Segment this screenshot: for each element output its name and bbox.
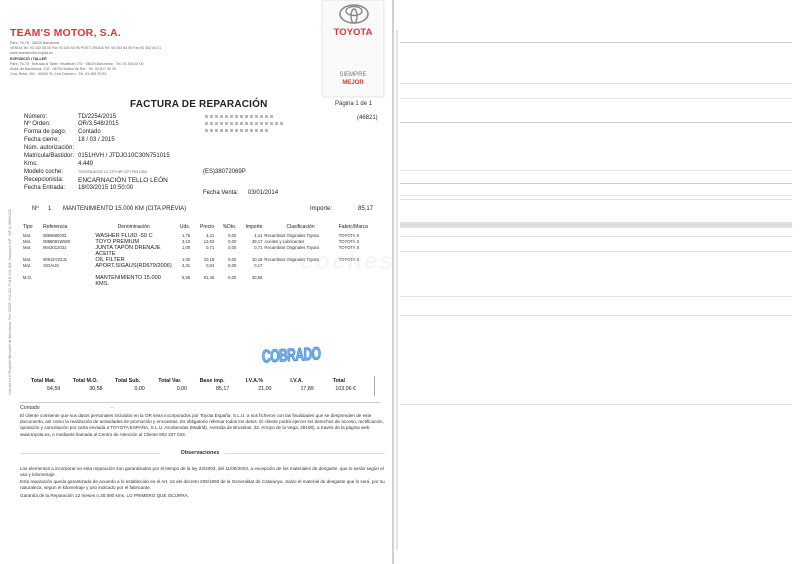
privacy-notice: El cliente consiente que sus datos perso…	[20, 413, 390, 438]
cell-tipo: M.O.	[22, 275, 42, 287]
scan-line	[400, 83, 792, 84]
total-label: Total Mat.	[22, 378, 64, 384]
total-value: 103,06 €	[318, 386, 360, 392]
total-value: 85,17	[191, 386, 233, 392]
page-edge	[396, 30, 398, 550]
watermark: coches	[300, 248, 395, 276]
redacted-client-address	[205, 122, 285, 125]
total-label: I.V.A.	[276, 378, 318, 384]
company-address-line: Pare, 76-78 · 08025 Barcelona	[10, 41, 59, 45]
observations-text-2: Esta reparación queda garantizada de acu…	[20, 479, 390, 491]
company-contact-line: VENDA Tel. 93 430 38 35 Fax 93 430 54 96…	[10, 46, 161, 50]
payment-value: -	[111, 405, 113, 411]
total-column: Base imp.85,17	[191, 378, 233, 392]
operation-importe-value: 85,17	[358, 206, 373, 212]
observations-text-1: Los elementos a incorporar en esta repar…	[20, 466, 390, 478]
total-column: I.V.A.17,89	[276, 378, 318, 392]
fecha-venta-label: Fecha Venta:	[203, 190, 238, 196]
observations-text-3: Garantía de la Reparación 12 meses o 30.…	[20, 493, 390, 499]
total-value: 17,89	[276, 386, 318, 392]
field-value-orden: OR/3.548/2015	[78, 121, 119, 127]
field-label-fecha-cierre: Fecha cierre:	[24, 137, 59, 143]
client-code: (46821)	[357, 115, 378, 121]
cell-uds: 3,31	[173, 263, 191, 275]
total-value: 0,00	[107, 386, 149, 392]
field-value-modelo: TOYOTA AYGO 1.0 CITY 5P CITY FIN 1304	[78, 170, 147, 174]
field-value-kms: 4.449	[78, 161, 93, 167]
cell-referencia: 9043012031	[42, 245, 94, 257]
cell-denominacion: MANTENIMIENTO 15.000 KMS.	[94, 275, 173, 287]
scan-band	[400, 222, 792, 228]
payment-label: Contado	[20, 405, 40, 411]
toyota-logo-block: TOYOTA SIEMPRE MEJOR	[322, 0, 384, 97]
invoice-title: FACTURA DE REPARACIÓN	[130, 99, 268, 110]
page-indicator: Página 1 de 1	[335, 101, 372, 107]
scan-line	[400, 315, 792, 316]
col-tipo: Tipo	[22, 224, 42, 233]
total-column: Total Mat.54,59	[22, 378, 64, 392]
scan-line	[400, 170, 792, 171]
operation-no-label: Nº	[32, 206, 39, 212]
cell-tipo: Mat.	[22, 263, 42, 275]
scan-line	[400, 42, 792, 43]
operation-importe-label: Importe:	[310, 206, 332, 212]
total-column: Total Var.0,00	[149, 378, 191, 392]
total-column: Total Sub.0,00	[107, 378, 149, 392]
scan-line	[400, 251, 792, 252]
field-label-numero: Número:	[24, 114, 47, 120]
col-importe: Importe	[237, 224, 263, 233]
total-column: Total103,06 €	[318, 378, 360, 392]
cell-importe: 30,58	[237, 275, 263, 287]
field-label-autorizacion: Núm. autorización:	[24, 145, 74, 151]
cell-uds: 1,00	[173, 245, 191, 257]
slogan-bottom: MEJOR	[323, 80, 383, 86]
cell-precio: 0,04	[191, 263, 215, 275]
total-label: I.V.A.%	[233, 378, 275, 384]
cell-uds: 5,55	[173, 275, 191, 287]
total-value: 0,00	[149, 386, 191, 392]
client-nif: (ES)38072069P	[203, 169, 246, 175]
payment-method: Contado -	[20, 405, 113, 411]
field-value-numero: TD/2254/2015	[78, 114, 116, 120]
col-precio: Precio	[191, 224, 215, 233]
scan-line	[400, 236, 792, 237]
total-label: Total	[318, 378, 360, 384]
cell-referencia: SIGAUS	[42, 263, 94, 275]
field-label-modelo: Modelo coche:	[24, 169, 63, 175]
col-uds: Uds.	[173, 224, 191, 233]
field-label-kms: Kms:	[24, 161, 38, 167]
total-value: 30,58	[64, 386, 106, 392]
scan-line	[400, 98, 792, 99]
total-column: Total M.O.30,58	[64, 378, 106, 392]
fecha-venta-value: 03/01/2014	[248, 190, 278, 196]
cell-referencia	[42, 275, 94, 287]
cell-denominacion: APORT.SIGAUS(RD679/2006)	[94, 263, 173, 275]
cell-tipo: Mat.	[22, 245, 42, 257]
operation-number: 1	[48, 206, 51, 212]
field-label-recepcionista: Recepcionista:	[24, 177, 63, 183]
field-value-fecha-cierre: 18 / 03 / 2015	[78, 137, 115, 143]
toyota-emblem-icon	[339, 3, 369, 25]
table-header-row: Tipo Referencia Denominación Uds. Precio…	[22, 224, 380, 233]
registry-margin-text: Inscrita en el Registre Mercantil de Bar…	[8, 92, 12, 512]
field-label-fecha-entrada: Fecha Entrada:	[24, 185, 65, 191]
cell-marca	[338, 275, 380, 287]
col-denominacion: Denominación	[94, 224, 173, 233]
cobrado-stamp: COBRADO	[262, 343, 321, 367]
page-separator	[392, 0, 394, 564]
total-label: Base imp.	[191, 378, 233, 384]
cell-precio: 61,45	[191, 275, 215, 287]
company-section-heading: EXPOSICIÓ I TALLER	[10, 57, 47, 61]
cell-dto: 0,00	[215, 245, 237, 257]
redacted-client-name	[205, 115, 275, 118]
cell-dto: 0,00	[215, 275, 237, 287]
total-value: 21,00	[233, 386, 275, 392]
scan-line	[400, 122, 792, 123]
field-value-matricula: 0151HVH / JTDJG10C30N751015	[78, 153, 170, 159]
field-value-recepcionista: ENCARNACIÓN TELLO LEÓN	[78, 177, 168, 184]
total-label: Total Sub.	[107, 378, 149, 384]
company-address-line: Ctra. Reial, 151 · 09400 St. Joel Desver…	[10, 72, 106, 76]
scan-line	[400, 183, 792, 184]
total-value: 54,59	[22, 386, 64, 392]
scan-line	[400, 296, 792, 297]
redacted-client-city	[205, 129, 270, 132]
cell-importe: 0,71	[237, 245, 263, 257]
divider	[20, 402, 380, 403]
total-label: Total M.O.	[64, 378, 106, 384]
cell-importe: 0,17	[237, 263, 263, 275]
company-address-line: Avda. de Barcelona, 215 · 08750 Molins d…	[10, 67, 116, 71]
field-value-forma-pago: Contado	[78, 129, 101, 135]
table-row: M.O.MANTENIMIENTO 15.000 KMS.5,5561,450,…	[22, 275, 380, 287]
scan-line	[400, 199, 792, 200]
cell-clasificacion	[263, 275, 337, 287]
total-column: I.V.A.%21,00	[233, 378, 275, 392]
field-value-fecha-entrada: 18/03/2015 10:50:00	[78, 185, 133, 191]
col-referencia: Referencia	[42, 224, 94, 233]
blank-back-page	[400, 0, 800, 564]
col-dto: %Dto.	[215, 224, 237, 233]
field-label-orden: Nº Orden:	[24, 121, 51, 127]
brand-logo-text: TOYOTA	[323, 27, 383, 38]
company-address-line: Pare, 76-78 · Entrada al Taller: Visalle…	[10, 62, 143, 66]
company-web: www.teamsmotor.toyota.es	[10, 51, 53, 55]
total-label: Total Var.	[149, 378, 191, 384]
totals-row: Total Mat.54,59Total M.O.30,58Total Sub.…	[22, 378, 360, 392]
field-label-matricula: Matrícula/Bastidor:	[24, 153, 74, 159]
cell-dto: 0,00	[215, 263, 237, 275]
operation-description: MANTENIMIENTO 15.000 KM (CITA PREVIA)	[63, 206, 186, 212]
field-label-forma-pago: Forma de pago:	[24, 129, 66, 135]
cell-precio: 0,71	[191, 245, 215, 257]
col-marca: Fabric/Marca	[338, 224, 380, 233]
scan-line	[400, 195, 792, 196]
company-name: TEAM'S MOTOR, S.A.	[10, 27, 121, 39]
slogan-top: SIEMPRE	[323, 72, 383, 78]
observations-title: Observaciones	[0, 450, 400, 456]
col-clasificacion: Clasificación	[263, 224, 337, 233]
cell-denominacion: JUNTA TAPÓN DRENAJE ACEITE	[94, 245, 173, 257]
invoice-page: Inscrita en el Registre Mercantil de Bar…	[0, 0, 400, 564]
totals-divider	[374, 376, 375, 396]
scan-line	[400, 404, 792, 405]
